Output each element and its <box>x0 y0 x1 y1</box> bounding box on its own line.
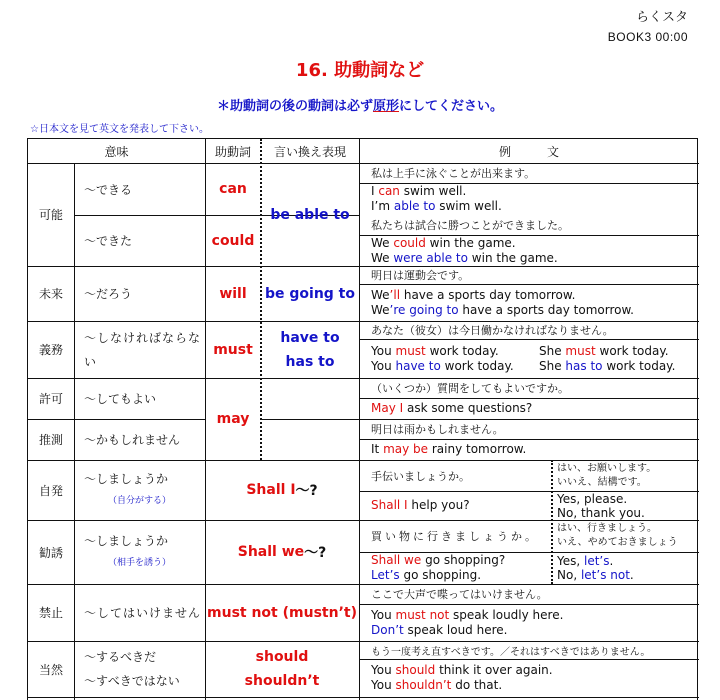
example-en-she: She must work today. She has to work tod… <box>527 339 699 378</box>
header-aux: 助動詞 <box>205 139 261 163</box>
text: . <box>610 554 614 568</box>
text: We <box>371 303 390 317</box>
text: We <box>371 288 390 302</box>
text: You <box>371 663 396 677</box>
text: go shopping? <box>421 553 505 567</box>
highlight: should <box>396 663 436 677</box>
text: You <box>371 359 396 373</box>
text: think it over again. <box>435 663 552 677</box>
text: No, <box>557 568 581 582</box>
highlight: must <box>565 344 595 358</box>
aux-shall-we: Shall we ～? <box>205 520 359 584</box>
text: work today. <box>603 359 676 373</box>
alt-have-to-text: have to <box>280 326 339 350</box>
example-ja: 私たちは試合に勝つことができました。 <box>359 215 699 235</box>
meaning-could: ～できた <box>74 215 205 266</box>
example-ja: あなた（彼女）は今日働かなければなりません。 <box>359 321 699 339</box>
text: have a sports day tomorrow. <box>400 288 575 302</box>
text: swim well. <box>400 184 466 198</box>
aux-text: Shall I <box>246 482 295 498</box>
example-en: Shall we go shopping? Let’s go shopping. <box>359 552 551 584</box>
text: work today. <box>596 344 669 358</box>
text: do that. <box>451 678 502 692</box>
highlight: have to <box>396 359 441 373</box>
text: It <box>371 442 383 456</box>
instruction-text: ☆日本文を見て英文を発表して下さい。 <box>30 120 209 135</box>
aux-text: Shall we <box>238 544 304 560</box>
highlight: ’re going to <box>390 303 459 317</box>
meaning-sub: （相手を誘う） <box>84 552 171 574</box>
aux-tail: ～? <box>296 480 318 500</box>
text: You <box>371 678 396 692</box>
example-ja: 明日は運動会です。 <box>359 266 699 284</box>
highlight: let’s <box>584 554 610 568</box>
text: speak loudly here. <box>449 608 563 622</box>
aux-should-text: should <box>256 645 309 669</box>
note-text-end: にしてください。 <box>399 99 503 114</box>
example-ja: 私は上手に泳ぐことが出来ます。 <box>359 163 699 183</box>
meaning-text: ～しましょうか <box>84 468 168 490</box>
category-jihatsu: 自発 <box>28 460 74 520</box>
highlight: must not <box>396 608 450 622</box>
example-en: May I ask some questions? <box>359 398 699 419</box>
alt-has-to-text: has to <box>286 350 335 374</box>
aux-could: could <box>205 215 261 266</box>
note-text: ＊助動詞の後の動詞は必ず <box>217 99 373 114</box>
meaning-must-not: ～してはいけません <box>74 584 205 641</box>
response-no: No, thank you. <box>557 506 645 520</box>
text: She <box>539 344 565 358</box>
example-en-you: You must work today. You have to work to… <box>359 339 529 378</box>
page-title: 16. 助動詞など <box>0 56 720 82</box>
highlight: were able to <box>393 251 468 265</box>
category-touzen: 当然 <box>28 641 74 697</box>
example-en: We could win the game. We were able to w… <box>359 235 699 266</box>
meaning-text: ～しましょうか <box>84 530 168 552</box>
meaning-shall-i: ～しましょうか （自分がする） <box>74 460 205 520</box>
text: win the game. <box>468 251 558 265</box>
category-kyoka: 許可 <box>28 378 74 419</box>
response-yes-ja: はい、お願いします。 <box>557 462 656 476</box>
text: ask some questions? <box>403 401 532 415</box>
example-en: You must not speak loudly here. Don’t sp… <box>359 604 699 641</box>
text: speak loud here. <box>404 623 508 637</box>
meaning-should: ～するべきだ ～すべきではない <box>74 641 205 697</box>
example-en: It may be rainy tomorrow. <box>359 439 699 460</box>
text: rainy tomorrow. <box>428 442 526 456</box>
response-en: Yes, let’s. No, let’s not. <box>551 552 699 584</box>
category-kinshi: 禁止 <box>28 584 74 641</box>
category-suisoku: 推測 <box>28 419 74 460</box>
highlight: let’s not <box>581 568 630 582</box>
example-ja: 明日は雨かもしれません。 <box>359 419 699 439</box>
aux-tail: ～? <box>304 542 326 562</box>
highlight: May I <box>371 401 403 415</box>
text: have a sports day tomorrow. <box>459 303 634 317</box>
response-yes: Yes, please. <box>557 492 627 506</box>
response-yes-ja: はい、行きましょう。 <box>557 522 657 536</box>
meaning-may-guess: ～かもしれません <box>74 419 205 460</box>
category-gimu: 義務 <box>28 321 74 378</box>
auxiliary-verb-table: 意味 助動詞 言い換え表現 例 文 可能 ～できる ～できた can could… <box>27 138 698 700</box>
meaning-may-permission: ～してもよい <box>74 378 205 419</box>
highlight: could <box>393 236 426 250</box>
grammar-note: ＊助動詞の後の動詞は必ず原形にしてください。 <box>0 95 720 114</box>
header-example: 例 文 <box>359 139 699 163</box>
highlight: Shall we <box>371 553 421 567</box>
category-mirai: 未来 <box>28 266 74 321</box>
aux-may: may <box>205 378 261 460</box>
response-ja: はい、行きましょう。 いえ、やめておきましょう <box>551 520 699 552</box>
header-alt: 言い換え表現 <box>261 139 359 163</box>
example-ja: （いくつか）質問をしてもよいですか。 <box>359 378 699 398</box>
example-ja: 買い物に行きましょうか。 <box>359 520 551 552</box>
example-ja: ここで大声で喋ってはいけません。 <box>359 584 699 604</box>
text: We <box>371 236 393 250</box>
aux-should: should shouldn’t <box>205 641 359 697</box>
text: We <box>371 251 393 265</box>
text: work today. <box>441 359 514 373</box>
highlight: shouldn’t <box>396 678 452 692</box>
example-ja: もう一度考え直すべきです。／それはすべきではありません。 <box>359 641 699 659</box>
highlight: must <box>396 344 426 358</box>
text: swim well. <box>435 199 501 213</box>
highlight: may be <box>383 442 428 456</box>
highlight: Let’s <box>371 568 400 582</box>
meaning-must: ～しなければならない <box>74 321 205 378</box>
highlight: able to <box>394 199 436 213</box>
highlight: can <box>378 184 400 198</box>
header-meaning: 意味 <box>28 139 205 163</box>
text: win the game. <box>426 236 516 250</box>
example-en: We’ll have a sports day tomorrow. We’re … <box>359 284 699 321</box>
text: She <box>539 359 565 373</box>
text: I’m <box>371 199 394 213</box>
aux-must: must <box>205 321 261 378</box>
aux-can: can <box>205 163 261 215</box>
example-en: Shall I help you? <box>359 491 551 520</box>
highlight: has to <box>565 359 602 373</box>
meaning-shall-we: ～しましょうか （相手を誘う） <box>74 520 205 584</box>
aux-shouldnt-text: shouldn’t <box>245 669 320 693</box>
highlight: Don’t <box>371 623 404 637</box>
aux-will: will <box>205 266 261 321</box>
text: You <box>371 608 396 622</box>
example-en: I can swim well. I’m able to swim well. <box>359 183 699 215</box>
response-no-ja: いえ、やめておきましょう <box>557 536 678 550</box>
example-ja: 手伝いましょうか。 <box>359 460 551 491</box>
alt-be-able-to: be able to <box>261 163 359 266</box>
meaning-sub: （自分がする） <box>84 490 171 512</box>
response-ja: はい、お願いします。 いいえ、結構です。 <box>551 460 699 491</box>
highlight: Shall I <box>371 498 408 512</box>
text: . <box>630 568 634 582</box>
meaning-should-text: ～するべきだ <box>84 645 156 669</box>
aux-shall-i: Shall I ～? <box>205 460 359 520</box>
response-en: Yes, please. No, thank you. <box>551 491 699 520</box>
example-en: You should think it over again. You shou… <box>359 659 699 697</box>
text: work today. <box>426 344 499 358</box>
book-label: BOOK3 00:00 <box>608 30 688 44</box>
response-no-ja: いいえ、結構です。 <box>557 476 647 490</box>
meaning-shouldnt-text: ～すべきではない <box>84 669 180 693</box>
meaning-will: ～だろう <box>74 266 205 321</box>
alt-be-going-to: be going to <box>261 266 359 321</box>
note-underlined: 原形 <box>373 99 399 114</box>
meaning-can: ～できる <box>74 163 205 215</box>
aux-must-not: must not (mustn’t) <box>205 584 359 641</box>
category-kanou: 可能 <box>28 163 74 266</box>
text: You <box>371 344 396 358</box>
text: go shopping. <box>400 568 481 582</box>
text: help you? <box>408 498 470 512</box>
brand-label: らくスタ <box>636 6 688 25</box>
text: Yes, <box>557 554 584 568</box>
highlight: ’ll <box>390 288 400 302</box>
category-kanyuu: 勧誘 <box>28 520 74 584</box>
alt-have-to: have to has to <box>261 321 359 378</box>
